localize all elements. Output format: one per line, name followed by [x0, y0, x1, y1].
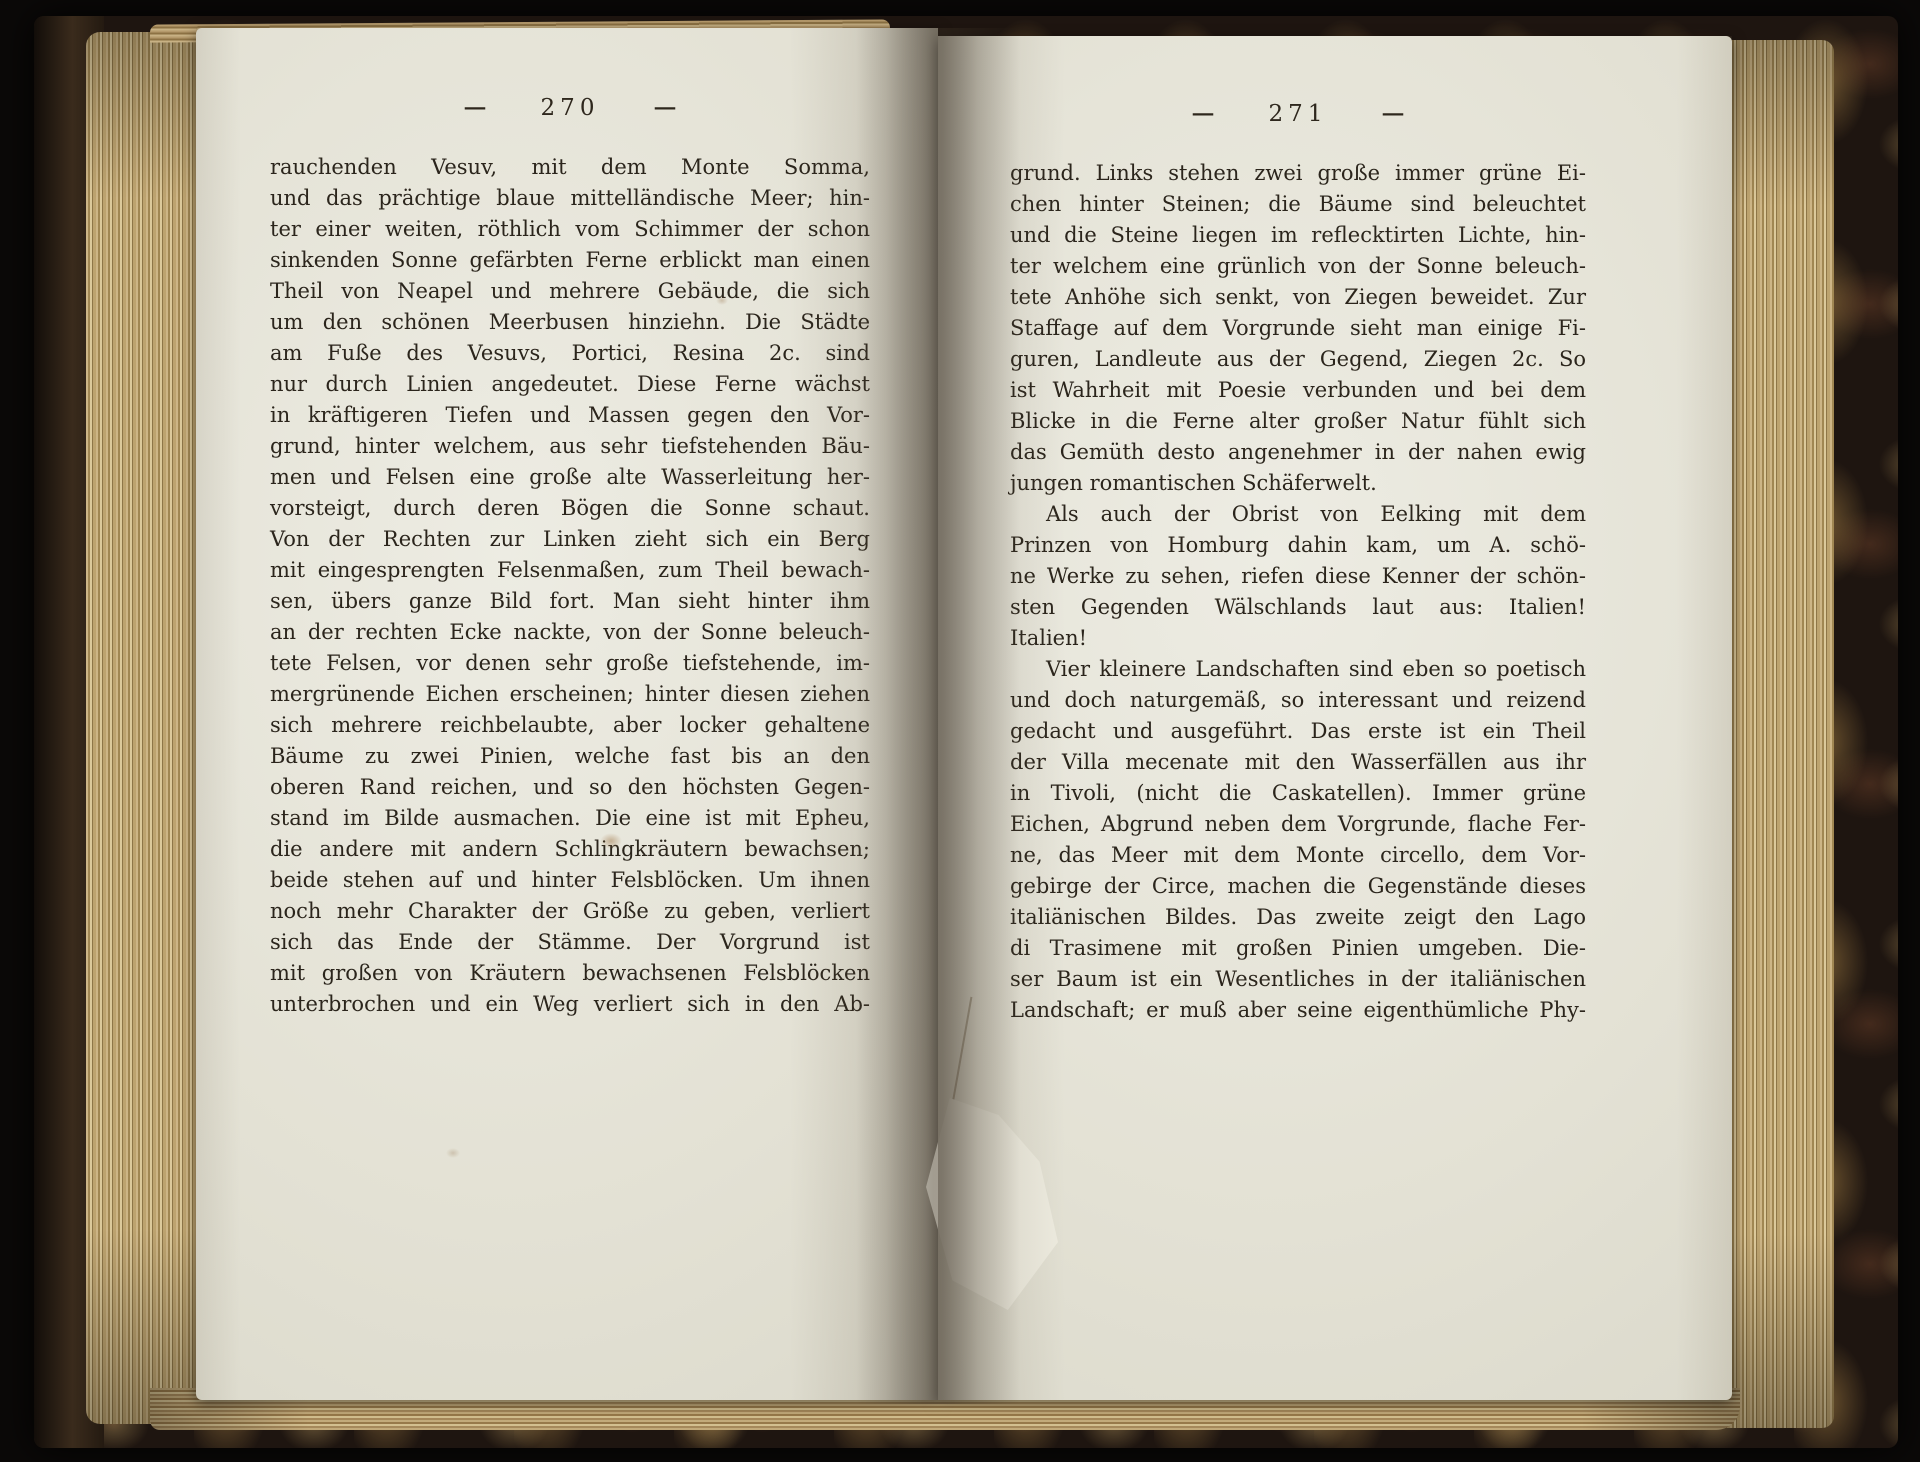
- paper-crack: [950, 997, 973, 1116]
- header-dash-icon: —: [464, 97, 487, 119]
- page-block-fore-edge-right: [1720, 40, 1834, 1428]
- text-line: gedacht und ausgeführt. Das erste ist ei…: [1010, 716, 1586, 747]
- text-line: mergrünende Eichen erscheinen; hinter di…: [270, 679, 870, 710]
- text-line: gebirge der Circe, machen die Gegenständ…: [1010, 871, 1586, 902]
- text-line: Von der Rechten zur Linken zieht sich ei…: [270, 524, 870, 555]
- text-line: oberen Rand reichen, und so den höchsten…: [270, 772, 870, 803]
- text-line: grund, hinter welchem, aus sehr tiefsteh…: [270, 431, 870, 462]
- text-line: ne, das Meer mit dem Monte circello, dem…: [1010, 840, 1586, 871]
- text-line: Theil von Neapel und mehrere Gebäude, di…: [270, 276, 870, 307]
- text-line: und die Steine liegen im reflecktirten L…: [1010, 220, 1586, 251]
- text-line: mit großen von Kräutern bewachsenen Fels…: [270, 958, 870, 989]
- text-line: Eichen, Abgrund neben dem Vorgrunde, fla…: [1010, 809, 1586, 840]
- header-dash-icon: —: [1192, 103, 1215, 125]
- text-line: Italien!: [1010, 623, 1586, 654]
- text-line: sten Gegenden Wälschlands laut aus: Ital…: [1010, 592, 1586, 623]
- header-dash-icon: —: [653, 97, 676, 119]
- text-line: Vier kleinere Landschaften sind eben so …: [1010, 654, 1586, 685]
- text-line: das Gemüth desto angenehmer in der nahen…: [1010, 437, 1586, 468]
- body-text-left: rauchenden Vesuv, mit dem Monte Somma,un…: [270, 152, 870, 1020]
- text-line: Als auch der Obrist von Eelking mit dem: [1010, 499, 1586, 530]
- text-line: an der rechten Ecke nackte, von der Sonn…: [270, 617, 870, 648]
- photo-background: — 270 — rauchenden Vesuv, mit dem Monte …: [0, 0, 1920, 1462]
- text-line: ist Wahrheit mit Poesie verbunden und be…: [1010, 375, 1586, 406]
- page-block-fore-edge-left: [86, 32, 204, 1424]
- text-line: Blicke in die Ferne alter großer Natur f…: [1010, 406, 1586, 437]
- text-line: ter welchem eine grünlich von der Sonne …: [1010, 251, 1586, 282]
- text-line: am Fuße des Vesuvs, Portici, Resina 2c. …: [270, 338, 870, 369]
- text-line: ser Baum ist ein Wesentliches in der ita…: [1010, 964, 1586, 995]
- text-line: italiänischen Bildes. Das zweite zeigt d…: [1010, 902, 1586, 933]
- text-line: Landschaft; er muß aber seine eigenthüml…: [1010, 995, 1586, 1026]
- text-line: noch mehr Charakter der Größe zu geben, …: [270, 896, 870, 927]
- text-line: tete Anhöhe sich senkt, von Ziegen bewei…: [1010, 282, 1586, 313]
- paper-tear: [926, 1098, 1058, 1310]
- text-line: sich mehrere reichbelaubte, aber locker …: [270, 710, 870, 741]
- text-line: rauchenden Vesuv, mit dem Monte Somma,: [270, 152, 870, 183]
- header-dash-icon: —: [1381, 103, 1404, 125]
- text-line: sinkenden Sonne gefärbten Ferne erblickt…: [270, 245, 870, 276]
- paper-stain: [446, 1148, 460, 1158]
- text-line: um den schönen Meerbusen hinziehn. Die S…: [270, 307, 870, 338]
- text-line: guren, Landleute aus der Gegend, Ziegen …: [1010, 344, 1586, 375]
- text-line: chen hinter Steinen; die Bäume sind bele…: [1010, 189, 1586, 220]
- text-line: Bäume zu zwei Pinien, welche fast bis an…: [270, 741, 870, 772]
- text-line: mit eingesprengten Felsenmaßen, zum Thei…: [270, 555, 870, 586]
- body-text-right: grund. Links stehen zwei große immer grü…: [1010, 158, 1586, 1026]
- text-line: stand im Bilde ausmachen. Die eine ist m…: [270, 803, 870, 834]
- text-line: beide stehen auf und hinter Felsblöcken.…: [270, 865, 870, 896]
- text-line: unterbrochen und ein Weg verliert sich i…: [270, 989, 870, 1020]
- text-line: nur durch Linien angedeutet. Diese Ferne…: [270, 369, 870, 400]
- text-line: in kräftigeren Tiefen und Massen gegen d…: [270, 400, 870, 431]
- text-line: jungen romantischen Schäferwelt.: [1010, 468, 1586, 499]
- page-number-left: 270: [541, 95, 600, 121]
- book-page-left: — 270 — rauchenden Vesuv, mit dem Monte …: [196, 28, 938, 1400]
- text-line: der Villa mecenate mit den Wasserfällen …: [1010, 747, 1586, 778]
- page-header-right: — 271 —: [1010, 100, 1586, 127]
- text-line: und doch naturgemäß, so interessant und …: [1010, 685, 1586, 716]
- book-page-right: — 271 — grund. Links stehen zwei große i…: [938, 36, 1732, 1400]
- text-line: die andere mit andern Schlingkräutern be…: [270, 834, 870, 865]
- text-line: vorsteigt, durch deren Bögen die Sonne s…: [270, 493, 870, 524]
- text-line: in Tivoli, (nicht die Caskatellen). Imme…: [1010, 778, 1586, 809]
- text-line: grund. Links stehen zwei große immer grü…: [1010, 158, 1586, 189]
- page-header-left: — 270 —: [270, 94, 870, 121]
- text-line: ne Werke zu sehen, riefen diese Kenner d…: [1010, 561, 1586, 592]
- text-line: sich das Ende der Stämme. Der Vorgrund i…: [270, 927, 870, 958]
- text-line: sen, übers ganze Bild fort. Man sieht hi…: [270, 586, 870, 617]
- text-line: ter einer weiten, röthlich vom Schimmer …: [270, 214, 870, 245]
- text-line: Prinzen von Homburg dahin kam, um A. sch…: [1010, 530, 1586, 561]
- page-number-right: 271: [1269, 101, 1328, 127]
- text-line: tete Felsen, vor denen sehr große tiefst…: [270, 648, 870, 679]
- text-line: und das prächtige blaue mittelländische …: [270, 183, 870, 214]
- text-line: Staffage auf dem Vorgrunde sieht man ein…: [1010, 313, 1586, 344]
- text-line: men und Felsen eine große alte Wasserlei…: [270, 462, 870, 493]
- text-line: di Trasimene mit großen Pinien umgeben. …: [1010, 933, 1586, 964]
